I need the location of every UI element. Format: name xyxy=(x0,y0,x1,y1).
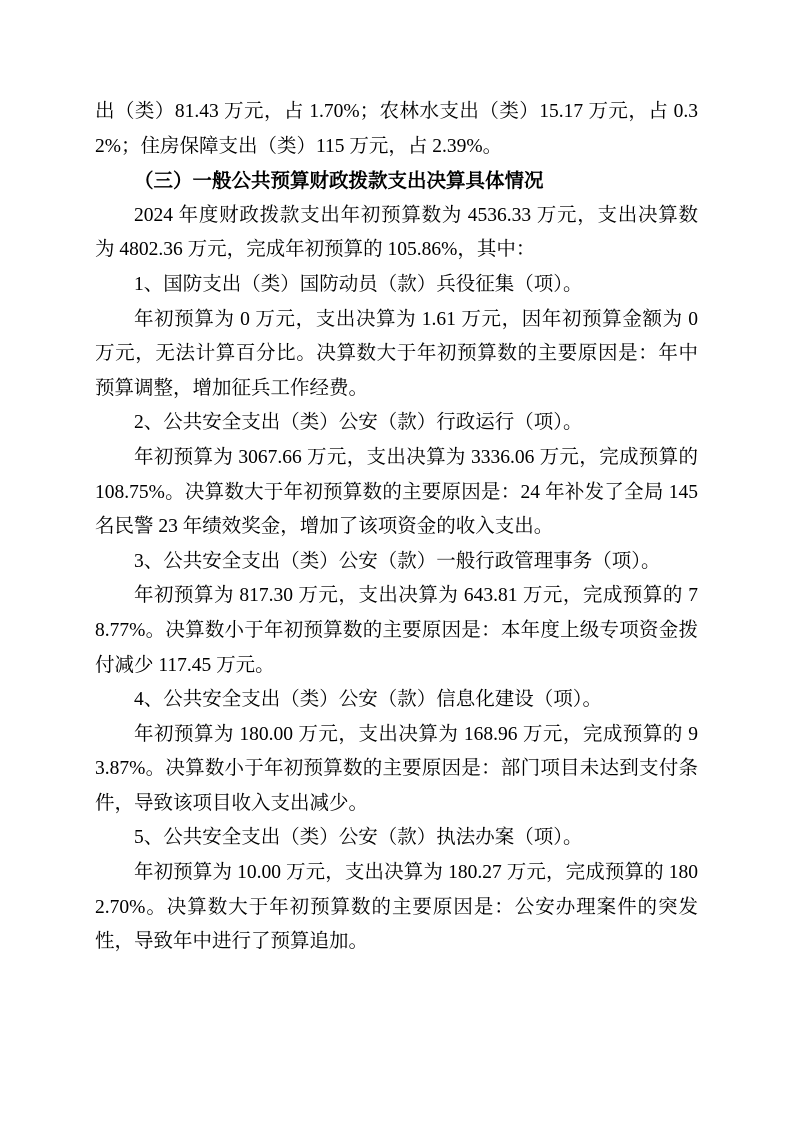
paragraph-item-3-title: 3、公共安全支出（类）公安（款）一般行政管理事务（项）。 xyxy=(95,545,698,580)
document-body: 出（类）81.43 万元，占 1.70%；农林水支出（类）15.17 万元，占 … xyxy=(95,95,698,960)
paragraph-item-5-title: 5、公共安全支出（类）公安（款）执法办案（项）。 xyxy=(95,821,698,856)
paragraph-item-4-detail: 年初预算为 180.00 万元，支出决算为 168.96 万元，完成预算的 93… xyxy=(95,718,698,822)
paragraph-item-3-detail: 年初预算为 817.30 万元，支出决算为 643.81 万元，完成预算的 78… xyxy=(95,579,698,683)
paragraph-item-1-detail: 年初预算为 0 万元，支出决算为 1.61 万元，因年初预算金额为 0 万元，无… xyxy=(95,303,698,407)
section-heading-specific-situation: （三）一般公共预算财政拨款支出决算具体情况 xyxy=(95,164,698,199)
paragraph-expenditure-share-continuation: 出（类）81.43 万元，占 1.70%；农林水支出（类）15.17 万元，占 … xyxy=(95,95,698,164)
paragraph-overall-budget-summary: 2024 年度财政拨款支出年初预算数为 4536.33 万元，支出决算数为 48… xyxy=(95,199,698,268)
paragraph-item-2-title: 2、公共安全支出（类）公安（款）行政运行（项）。 xyxy=(95,406,698,441)
document-page: 出（类）81.43 万元，占 1.70%；农林水支出（类）15.17 万元，占 … xyxy=(0,0,793,1122)
paragraph-item-2-detail: 年初预算为 3067.66 万元，支出决算为 3336.06 万元，完成预算的 … xyxy=(95,441,698,545)
paragraph-item-1-title: 1、国防支出（类）国防动员（款）兵役征集（项）。 xyxy=(95,268,698,303)
paragraph-item-5-detail: 年初预算为 10.00 万元，支出决算为 180.27 万元，完成预算的 180… xyxy=(95,856,698,960)
paragraph-item-4-title: 4、公共安全支出（类）公安（款）信息化建设（项）。 xyxy=(95,683,698,718)
